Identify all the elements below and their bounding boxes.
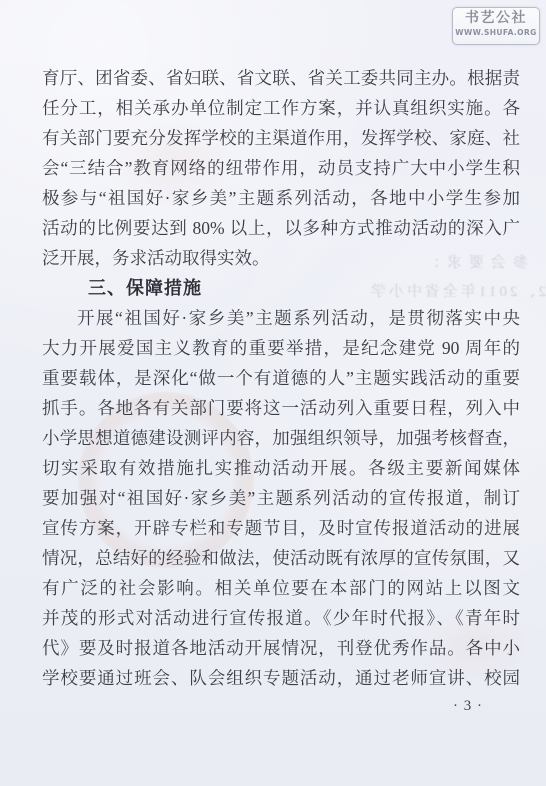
watermark-logo-text: 书艺公社 (453, 10, 539, 27)
body-line: 要加强对“祖国好·家乡美”主题系列活动的宣传报道，制订 (42, 483, 520, 513)
body-line: 并茂的形式对活动进行宣传报道。《少年时代报》、《青年时 (42, 603, 520, 633)
body-line: 重要载体，是深化“做一个有道德的人”主题实践活动的重要 (42, 363, 520, 393)
body-line: 会“三结合”教育网络的纽带作用，动员支持广大中小学生积 (42, 153, 520, 183)
body-line: 宣传方案，开辟专栏和专题节目，及时宣传报道活动的进展 (42, 513, 520, 543)
body-line: 代》要及时报道各地活动开展情况，刊登优秀作品。各中小 (42, 633, 520, 663)
body-line: 育厅、团省委、省妇联、省文联、省关工委共同主办。根据责 (42, 63, 520, 93)
body-line: 小学思想道德建设测评内容，加强组织领导，加强考核督查， (42, 423, 520, 453)
document-body: 育厅、团省委、省妇联、省文联、省关工委共同主办。根据责 任分工，相关承办单位制定… (42, 63, 520, 693)
body-line: 极参与“祖国好·家乡美”主题系列活动，各地中小学生参加 (42, 183, 520, 213)
body-line: 学校要通过班会、队会组织专题活动，通过老师宣讲、校园 (42, 663, 520, 693)
body-line: 切实采取有效措施扎实推动活动开展。各级主要新闻媒体 (42, 453, 520, 483)
page-number: · 3 · (438, 698, 498, 715)
body-line: 抓手。各地各有关部门要将这一活动列入重要日程，列入中 (42, 393, 520, 423)
body-line: 有广泛的社会影响。相关单位要在本部门的网站上以图文 (42, 573, 520, 603)
body-line: 任分工，相关承办单位制定工作方案，并认真组织实施。各 (42, 93, 520, 123)
body-line: 有关部门要充分发挥学校的主渠道作用，发挥学校、家庭、社 (42, 123, 520, 153)
body-line: 开展“祖国好·家乡美”主题系列活动，是贯彻落实中央 (42, 303, 520, 333)
shufa-watermark-badge: 书艺公社 WWW.SHUFA.ORG (452, 7, 540, 45)
scanned-document-page: 参会要求： 2、2011年全省中小学 书艺公社 WWW.SHUFA.ORG 育厅… (0, 0, 546, 786)
body-line: 活动的比例要达到 80% 以上，以多种方式推动活动的深入广 (42, 213, 520, 243)
body-line: 泛开展，务求活动取得实效。 (42, 243, 520, 273)
body-line: 大力开展爱国主义教育的重要举措，是纪念建党 90 周年的 (42, 333, 520, 363)
watermark-url-text: WWW.SHUFA.ORG (453, 27, 539, 38)
body-line: 情况，总结好的经验和做法，使活动既有浓厚的宣传氛围，又 (42, 543, 520, 573)
section-heading: 三、保障措施 (42, 273, 520, 303)
